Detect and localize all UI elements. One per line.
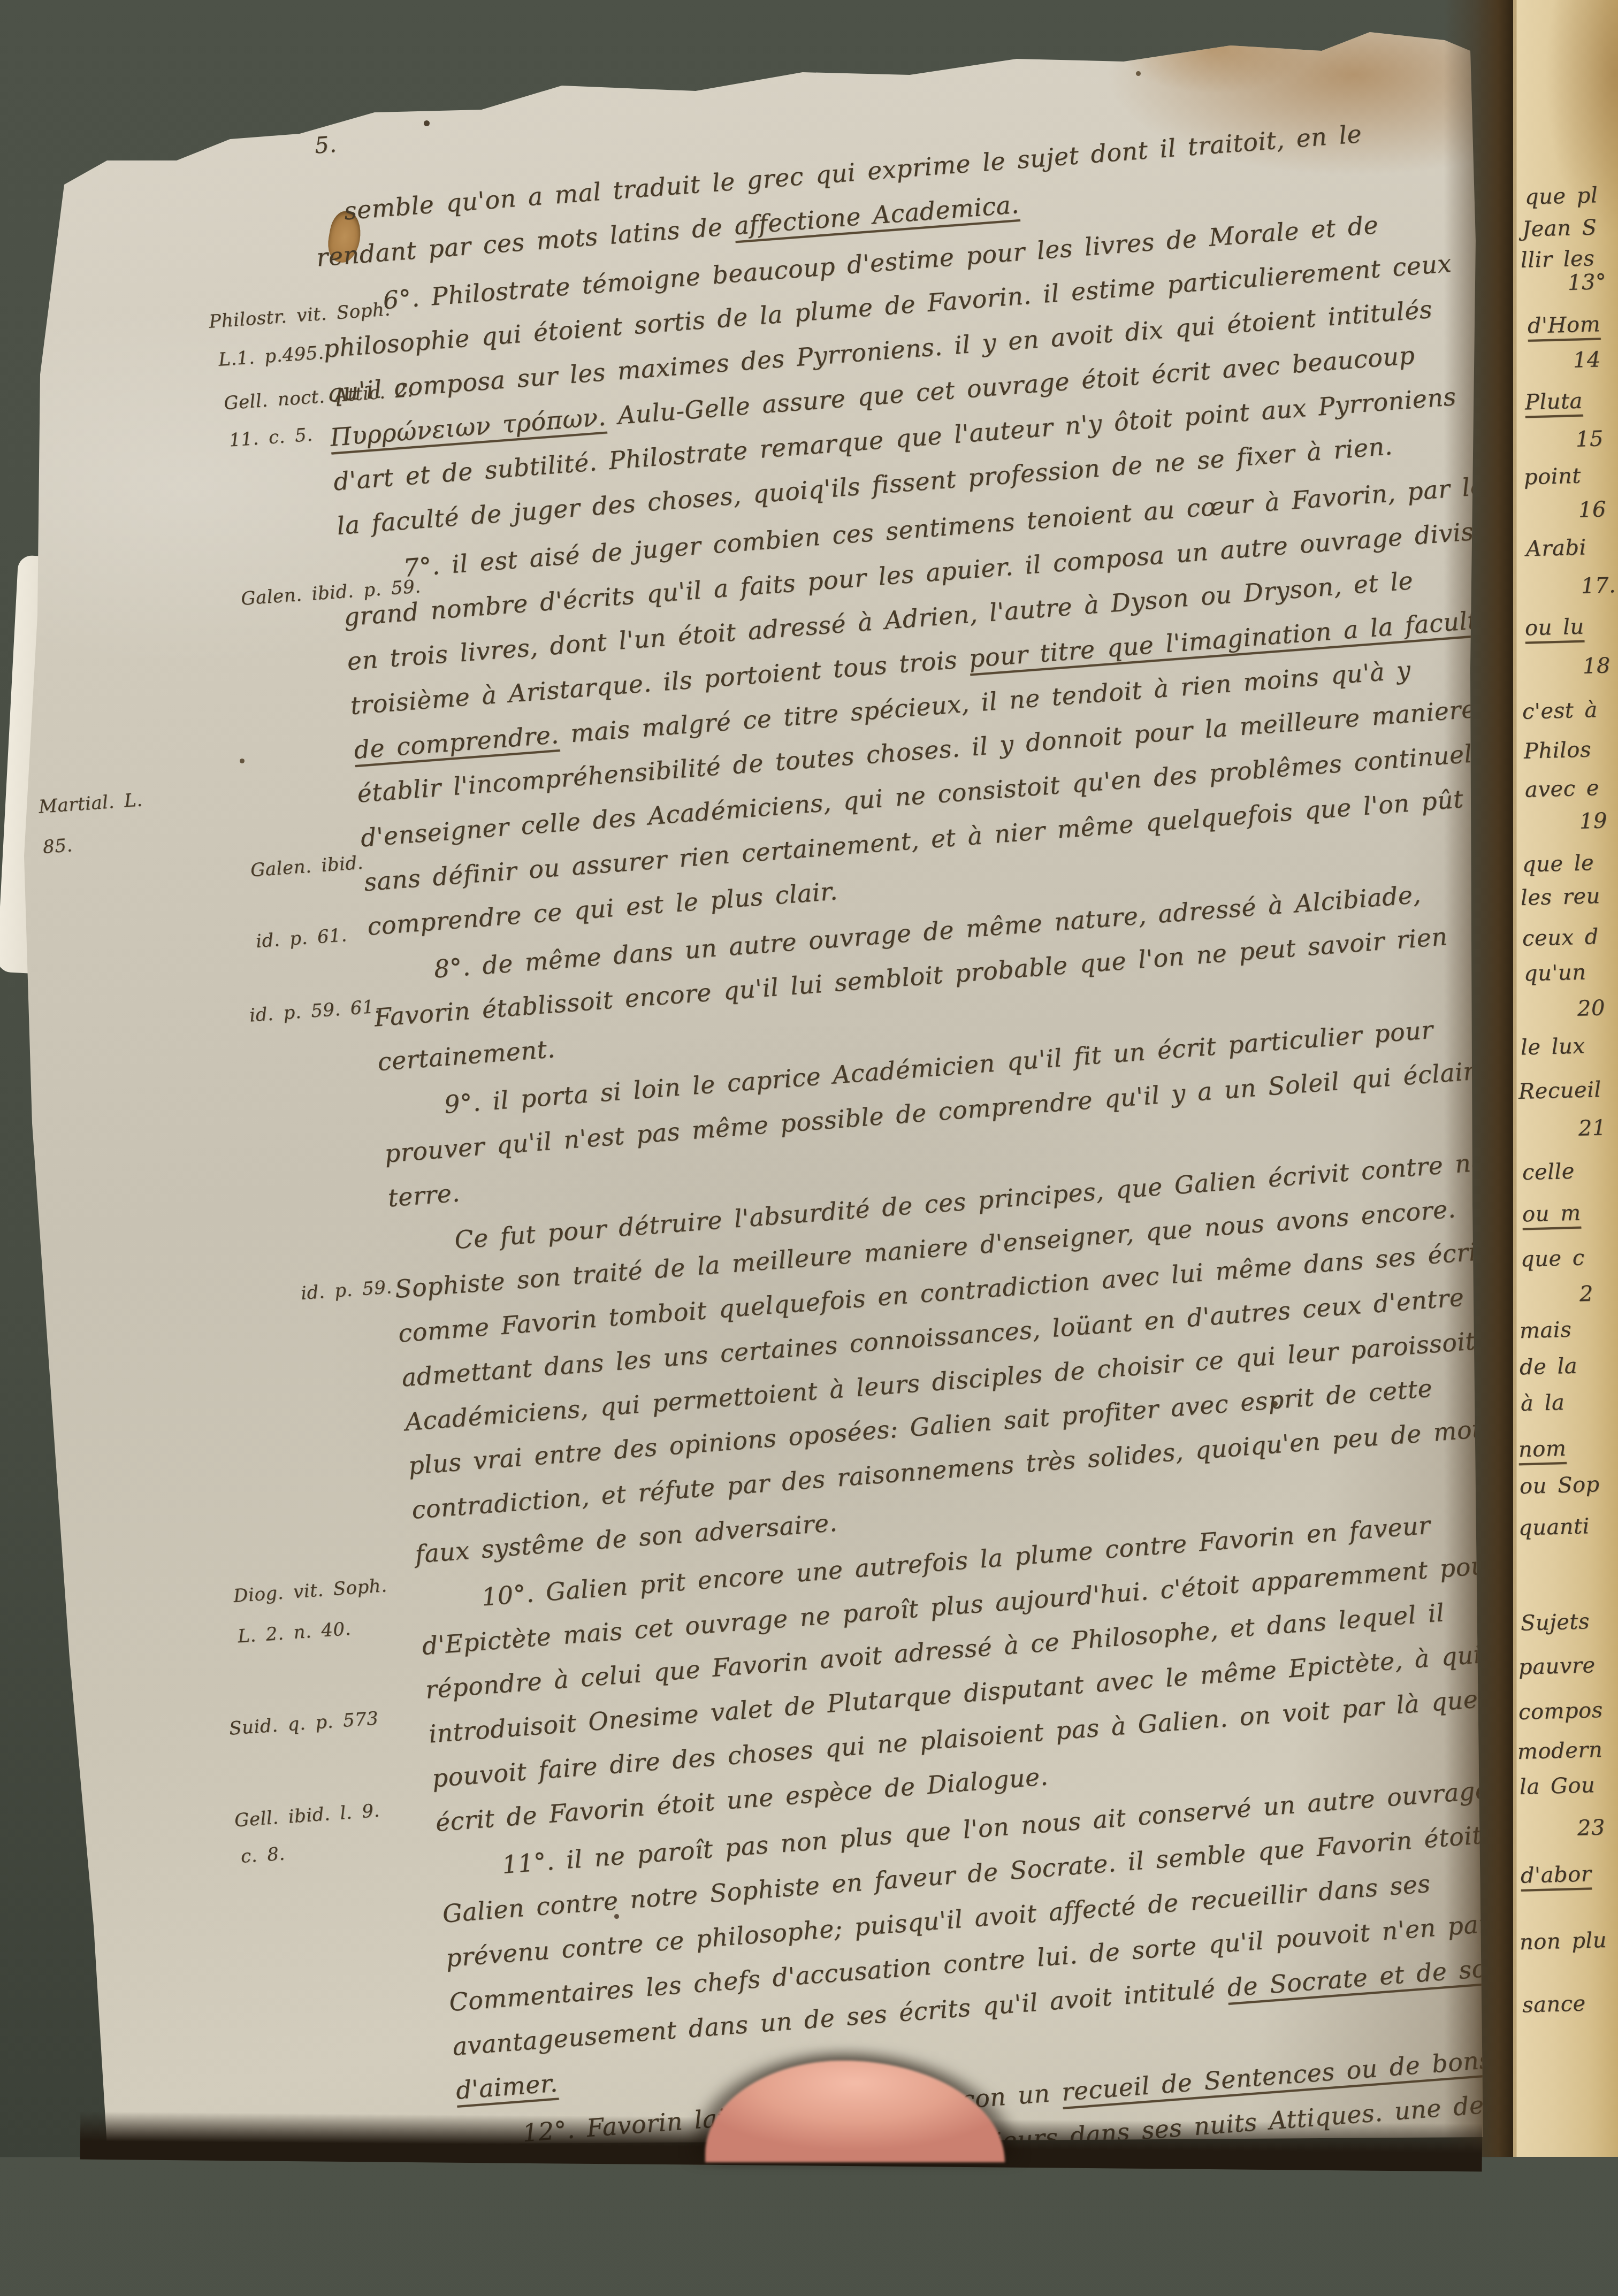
- adjacent-page-text-fragment: 15: [1575, 426, 1604, 451]
- adjacent-page-text-fragment: quanti: [1518, 1514, 1590, 1540]
- adjacent-page-text-fragment: ou Sop: [1519, 1472, 1600, 1499]
- adjacent-page-text-fragment: llir les: [1520, 246, 1594, 273]
- photo-of-open-book: 5. Philostr. vit. Soph. L.1. p.495. Gell…: [0, 0, 1618, 2157]
- adjacent-page-text-fragment: mais: [1519, 1318, 1571, 1344]
- adjacent-page-text-fragment: avec e: [1524, 776, 1599, 802]
- margin-note: Diog. vit. Soph.: [233, 1575, 388, 1607]
- margin-note: c. 8.: [240, 1843, 286, 1868]
- margin-note: id. p. 59. 61.: [249, 996, 381, 1027]
- adjacent-page-text-fragment: d'Hom: [1527, 312, 1600, 339]
- adjacent-page-text-fragment: Philos: [1523, 737, 1591, 763]
- adjacent-page-text-fragment: 2: [1579, 1282, 1593, 1307]
- adjacent-page-text-fragment: les reu: [1520, 884, 1600, 910]
- adjacent-page-text-fragment: que le: [1522, 851, 1594, 877]
- adjacent-page-text-fragment: ceux d: [1522, 924, 1599, 951]
- adjacent-page-text-fragment: Pluta: [1524, 389, 1583, 415]
- adjacent-page-text-fragment: d'abor: [1520, 1862, 1591, 1888]
- adjacent-page-text-fragment: de la: [1519, 1354, 1577, 1380]
- book-gutter: [1444, 0, 1515, 2157]
- adjacent-page-text-fragment: 14: [1573, 347, 1601, 372]
- adjacent-page-text-fragment: que c: [1520, 1245, 1585, 1272]
- adjacent-page-text-fragment: 17.: [1581, 573, 1616, 599]
- adjacent-page-text-fragment: à la: [1520, 1390, 1564, 1416]
- adjacent-page-text-fragment: la Gou: [1519, 1773, 1595, 1800]
- adjacent-page-text-fragment: le lux: [1520, 1034, 1585, 1060]
- adjacent-page-text-fragment: compos: [1518, 1698, 1603, 1725]
- adjacent-page-text-fragment: 20: [1577, 996, 1605, 1021]
- text-segment: Ce fut pour détruire l'absurdité de ces …: [394, 1145, 1539, 1569]
- margin-note: id. p. 61.: [255, 924, 348, 952]
- margin-note: 85.: [42, 835, 73, 858]
- margin-note: id. p. 59.: [300, 1276, 393, 1304]
- text-segment: Πυρρώνειων τρόπων.: [329, 402, 607, 452]
- page-number: 5.: [314, 131, 337, 159]
- adjacent-page-text-fragment: point: [1523, 464, 1581, 490]
- manuscript-body: semble qu'on a mal traduit le grec qui e…: [311, 104, 1618, 2157]
- ink-specks: [316, 91, 318, 94]
- margin-note: Gell. ibid. l. 9.: [234, 1800, 380, 1832]
- adjacent-page-text-fragment: ou m: [1522, 1201, 1581, 1227]
- adjacent-page-text-fragment: nom: [1518, 1436, 1566, 1462]
- paragraph-7: 7°. il est aisé de juger combien ces sen…: [339, 464, 1516, 948]
- margin-note: L. 2. n. 40.: [237, 1618, 352, 1648]
- adjacent-page-text-fragment: non plu: [1519, 1928, 1607, 1955]
- adjacent-page-text-fragment: 18: [1582, 653, 1611, 678]
- adjacent-page-text-fragment: celle: [1522, 1159, 1575, 1185]
- margin-note: Suid. q. p. 573: [228, 1708, 379, 1739]
- adjacent-page-text-fragment: sance: [1522, 1991, 1586, 2017]
- adjacent-page-text-fragment: qu'un: [1523, 960, 1586, 986]
- adjacent-page-text-fragment: Recueil: [1518, 1077, 1601, 1104]
- adjacent-page-text-fragment: 21: [1578, 1115, 1606, 1141]
- adjacent-page-text-fragment: Sujets: [1520, 1609, 1590, 1635]
- adjacent-page-text-fragment: Arabi: [1525, 535, 1586, 562]
- adjacent-page-text-fragment: 13°: [1567, 270, 1607, 295]
- adjacent-page-text-fragment: 19: [1579, 808, 1607, 833]
- adjacent-page-text-fragment: pauvre: [1518, 1653, 1596, 1680]
- margin-note: Galen. ibid.: [250, 852, 364, 882]
- adjacent-page-text-fragment: 23: [1577, 1815, 1605, 1840]
- adjacent-page-text-fragment: Jean S: [1522, 215, 1597, 242]
- margin-note: Martial. L.: [38, 789, 143, 817]
- adjacent-page-text-fragment: ou lu: [1524, 615, 1584, 641]
- manuscript-page: 5. Philostr. vit. Soph. L.1. p.495. Gell…: [16, 27, 1485, 2157]
- adjacent-page-text-fragment: c'est à: [1522, 698, 1598, 724]
- adjacent-page-text-fragment: modern: [1517, 1738, 1602, 1764]
- adjacent-page-text-fragment: 16: [1578, 497, 1606, 522]
- margin-note: 11. c. 5.: [228, 424, 314, 451]
- adjacent-page-text-fragment: que pl: [1524, 183, 1598, 210]
- margin-note: L.1. p.495.: [218, 342, 325, 371]
